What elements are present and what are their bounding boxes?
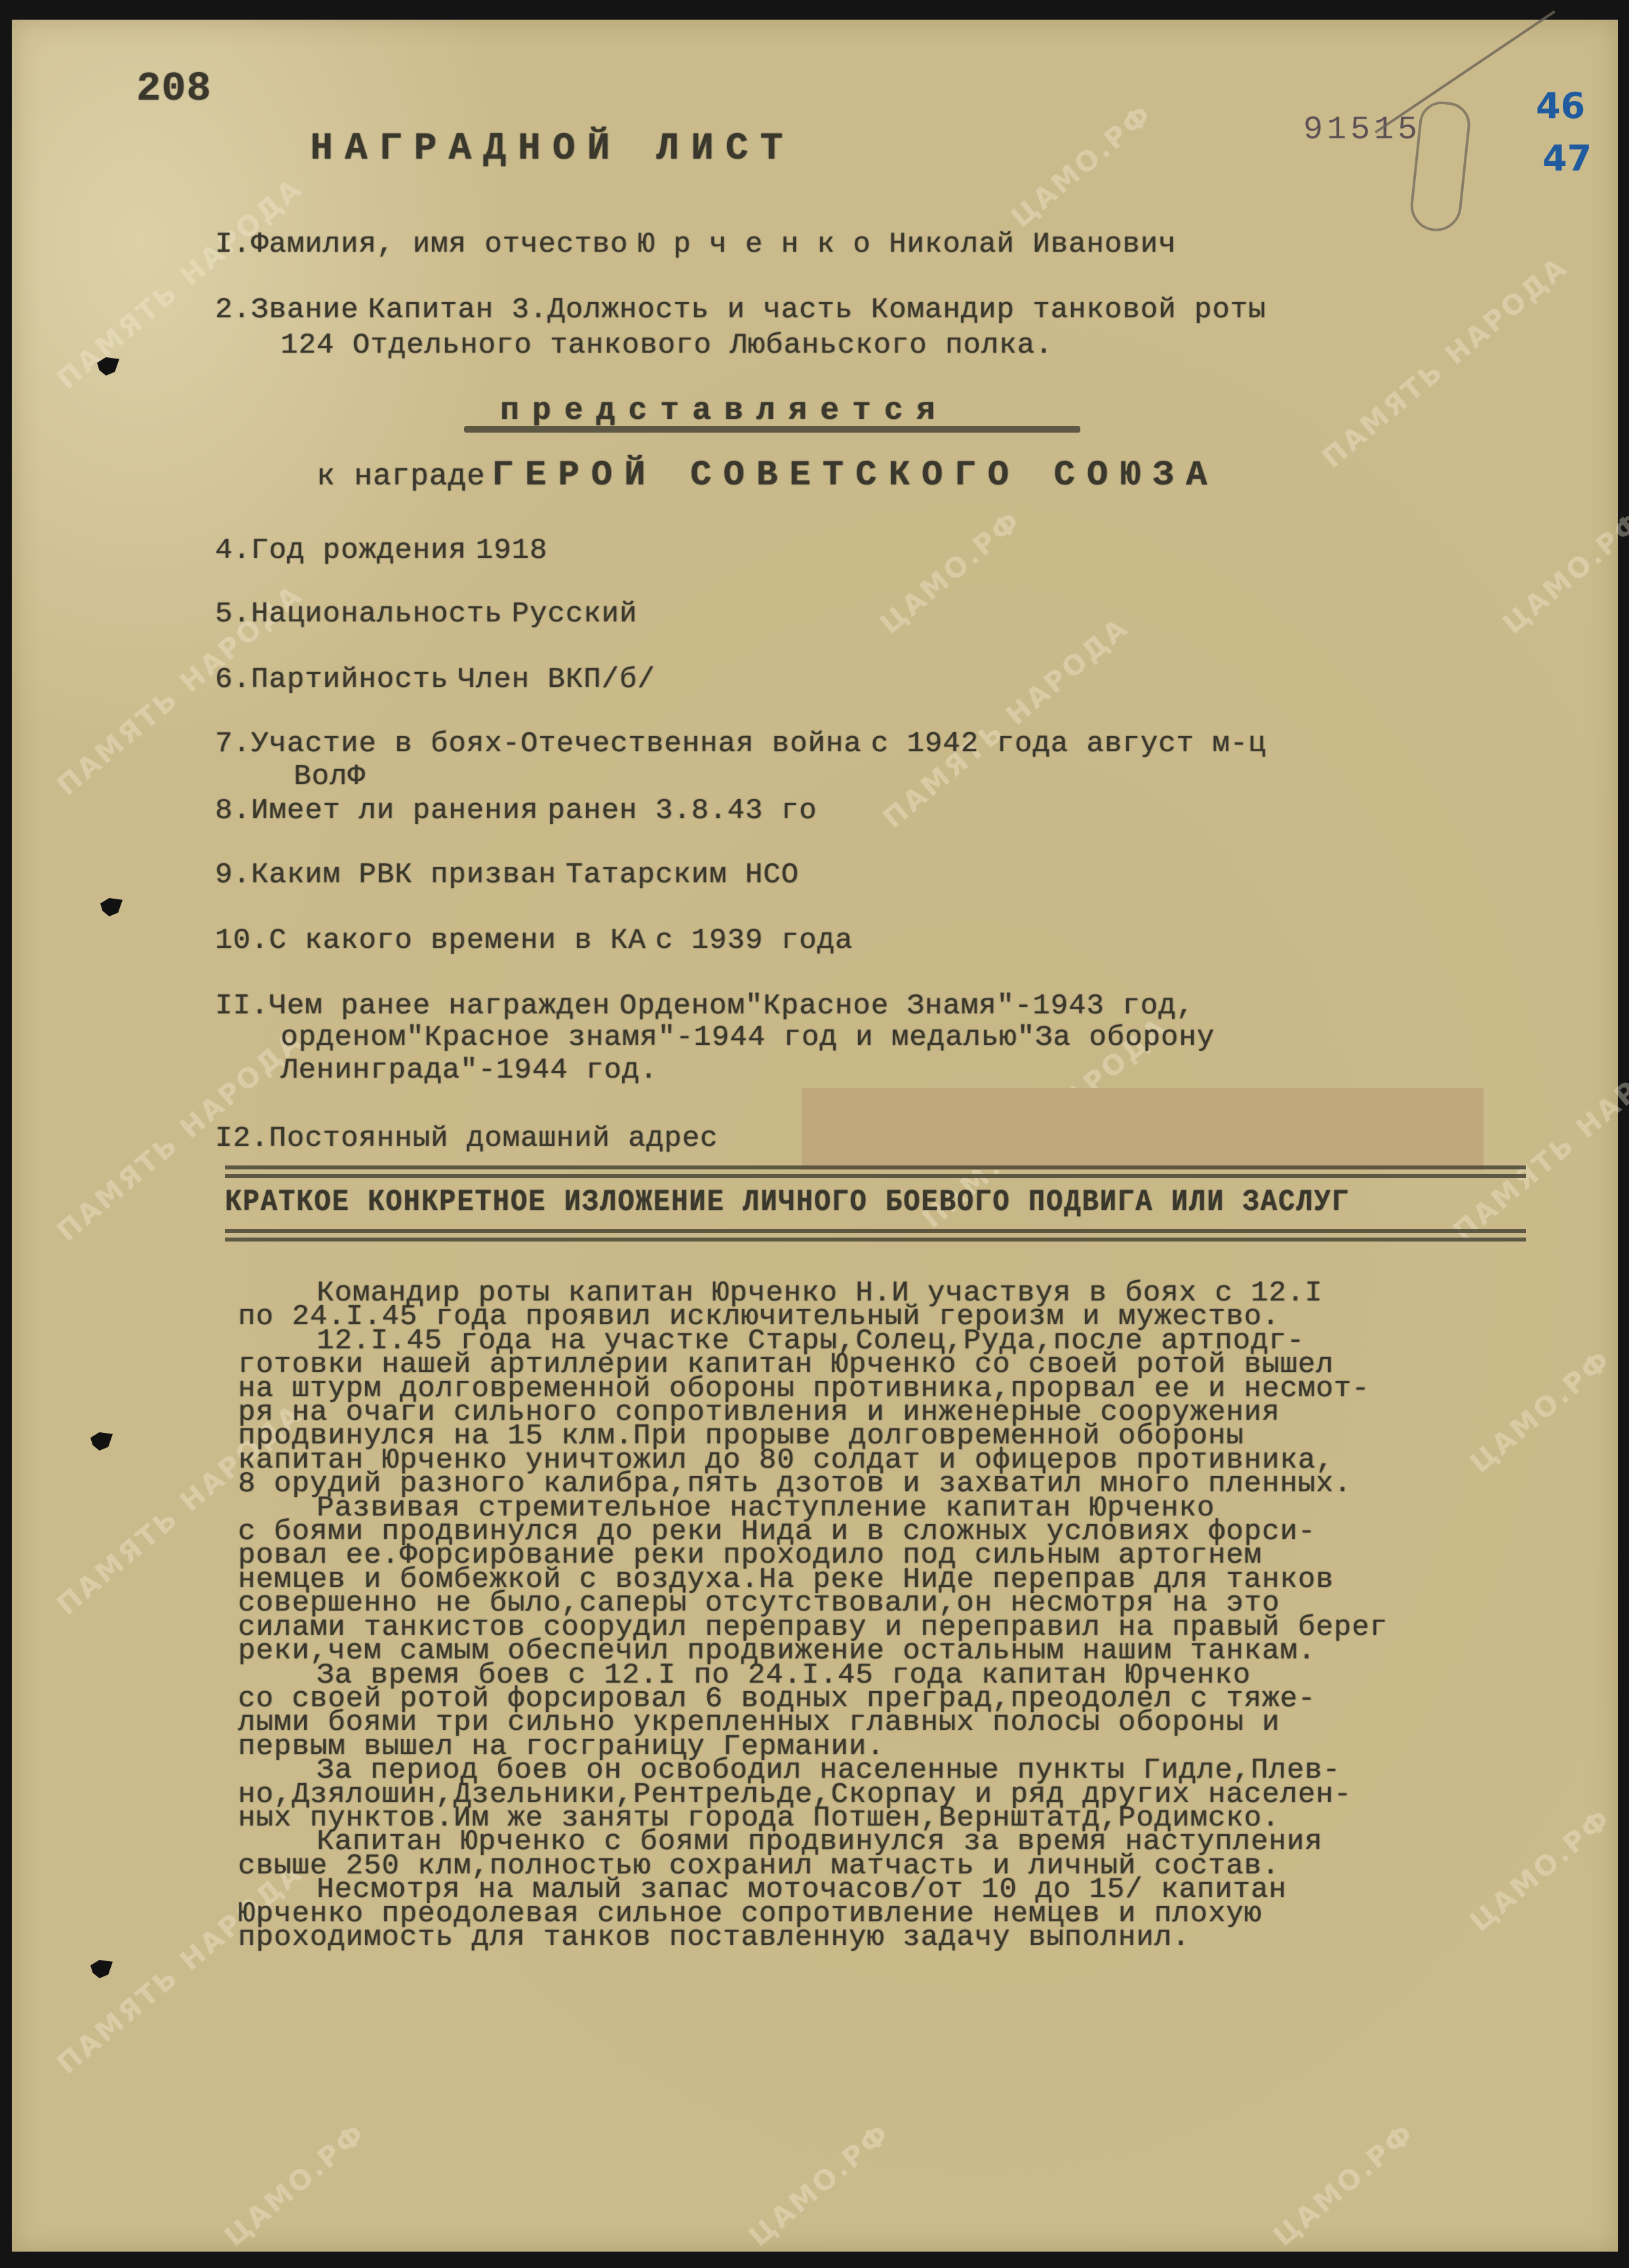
heading-rule-top [225, 1165, 1526, 1180]
field-label: Фамилия, имя отчество [251, 228, 629, 261]
field-number: 7. [215, 728, 251, 760]
field-number: I2. [215, 1122, 269, 1155]
handwritten-sheet-number-old: 46 [1536, 85, 1585, 127]
field-value: 1918 [476, 534, 548, 567]
field-label: С какого времени в КА [269, 924, 646, 957]
field-label: Партийность [251, 663, 448, 696]
field-label: Национальность [251, 598, 503, 631]
field-value: с 1939 года [656, 924, 853, 957]
field-number: 10. [215, 924, 269, 957]
watermark-tsamo: ЦАМО.РФ [1497, 505, 1629, 640]
field-label: Каким РВК призван [251, 859, 557, 891]
field-birth-year: 4.Год рождения1918 [215, 534, 547, 567]
subtitle-underline [464, 426, 1080, 433]
binding-hole [90, 1432, 113, 1451]
field-number: 5. [215, 598, 251, 631]
field-number: 2. [215, 294, 251, 326]
watermark-tsamo: ЦАМО.РФ [1268, 2117, 1421, 2252]
handwritten-sheet-number-new: 47 [1542, 138, 1592, 179]
watermark-pamyat-naroda: ПАМЯТЬ НАРОДА [878, 612, 1135, 834]
scan-edge-left [0, 0, 12, 2268]
watermark-tsamo: ЦАМО.РФ [1006, 98, 1158, 233]
watermark-tsamo: ЦАМО.РФ [219, 2117, 372, 2252]
field-service-since: 10.С какого времени в КАс 1939 года [215, 924, 853, 957]
award-sheet-page: ПАМЯТЬ НАРОДА ЦАМО.РФ ЦАМО.РФ ПАМЯТЬ НАР… [12, 20, 1618, 2252]
watermark-tsamo: ЦАМО.РФ [743, 2117, 896, 2252]
document-title: НАГРАДНОЙ ЛИСТ [310, 128, 795, 170]
archive-stamp-number: 91515 [1303, 111, 1421, 149]
field-value: Татарским НСО [566, 859, 799, 891]
field-value: ранен 3.8.43 го [547, 794, 817, 827]
field-number: II. [215, 990, 269, 1023]
field-draft-office: 9.Каким РВК призванТатарским НСО [215, 859, 799, 891]
field-value: Ю р ч е н к о Николай Иванович [637, 228, 1176, 261]
binding-hole [97, 357, 119, 376]
field-label: Участие в боях-Отечественная война [251, 728, 862, 760]
field-full-name: I.Фамилия, имя отчествоЮ р ч е н к о Ник… [215, 228, 1176, 261]
field-number: 9. [215, 859, 251, 891]
field-number: 4. [215, 534, 251, 567]
field-label: Год рождения [251, 534, 467, 567]
page-number: 208 [136, 66, 212, 112]
field-combat-front: ВолФ [294, 760, 366, 793]
field-value: Орденом"Красное Знамя"-1943 год, [619, 990, 1194, 1023]
watermark-tsamo: ЦАМО.РФ [874, 505, 1027, 640]
nominated-subtitle: представляется [500, 393, 948, 429]
binding-hole [90, 1960, 113, 1978]
field-label: Постоянный домашний адрес [269, 1122, 718, 1155]
field-number: I. [215, 228, 251, 261]
binding-hole [100, 898, 123, 916]
field-label: Имеет ли ранения [251, 794, 538, 827]
field-value: с 1942 года август м-ц [871, 728, 1266, 760]
field-value: Русский [511, 598, 637, 631]
award-line: к наградеГЕРОЙ СОВЕТСКОГО СОЮЗА [317, 456, 1219, 496]
field-nationality: 5.НациональностьРусский [215, 598, 637, 631]
narrative-body: Командир роты капитан Юрченко Н.И участв… [238, 1281, 1536, 1949]
field-number: 6. [215, 663, 251, 696]
field-home-address: I2.Постоянный домашний адрес [215, 1122, 718, 1155]
watermark-pamyat-naroda: ПАМЯТЬ НАРОДА [52, 172, 309, 395]
field-previous-awards: II.Чем ранее награжденОрденом"Красное Зн… [215, 990, 1194, 1023]
heading-rule-bottom [225, 1229, 1526, 1243]
field-wounds: 8.Имеет ли раненияранен 3.8.43 го [215, 794, 817, 827]
field-previous-awards-cont: Ленинграда"-1944 год. [281, 1054, 658, 1087]
field-unit-continuation: 124 Отдельного танкового Любаньского пол… [281, 329, 1053, 362]
field-label: Звание [251, 294, 359, 326]
award-name: ГЕРОЙ СОВЕТСКОГО СОЮЗА [492, 456, 1219, 496]
address-redaction-block [802, 1088, 1483, 1170]
field-value: Капитан 3.Должность и часть Командир тан… [368, 294, 1266, 326]
award-prefix: к награде [317, 459, 485, 494]
narrative-line: проходимость для танков поставленную зад… [238, 1926, 1536, 1949]
field-party: 6.ПартийностьЧлен ВКП/б/ [215, 663, 656, 696]
section-heading: КРАТКОЕ КОНКРЕТНОЕ ИЗЛОЖЕНИЕ ЛИЧНОГО БОЕ… [225, 1185, 1350, 1219]
field-value: Член ВКП/б/ [458, 663, 655, 696]
watermark-pamyat-naroda: ПАМЯТЬ НАРОДА [1317, 251, 1574, 473]
field-combat-participation: 7.Участие в боях-Отечественная войнас 19… [215, 728, 1266, 760]
field-label: Чем ранее награжден [269, 990, 610, 1023]
field-previous-awards-cont: орденом"Красное знамя"-1944 год и медаль… [281, 1021, 1215, 1054]
field-rank-position: 2.ЗваниеКапитан 3.Должность и часть Кома… [215, 294, 1266, 326]
field-number: 8. [215, 794, 251, 827]
